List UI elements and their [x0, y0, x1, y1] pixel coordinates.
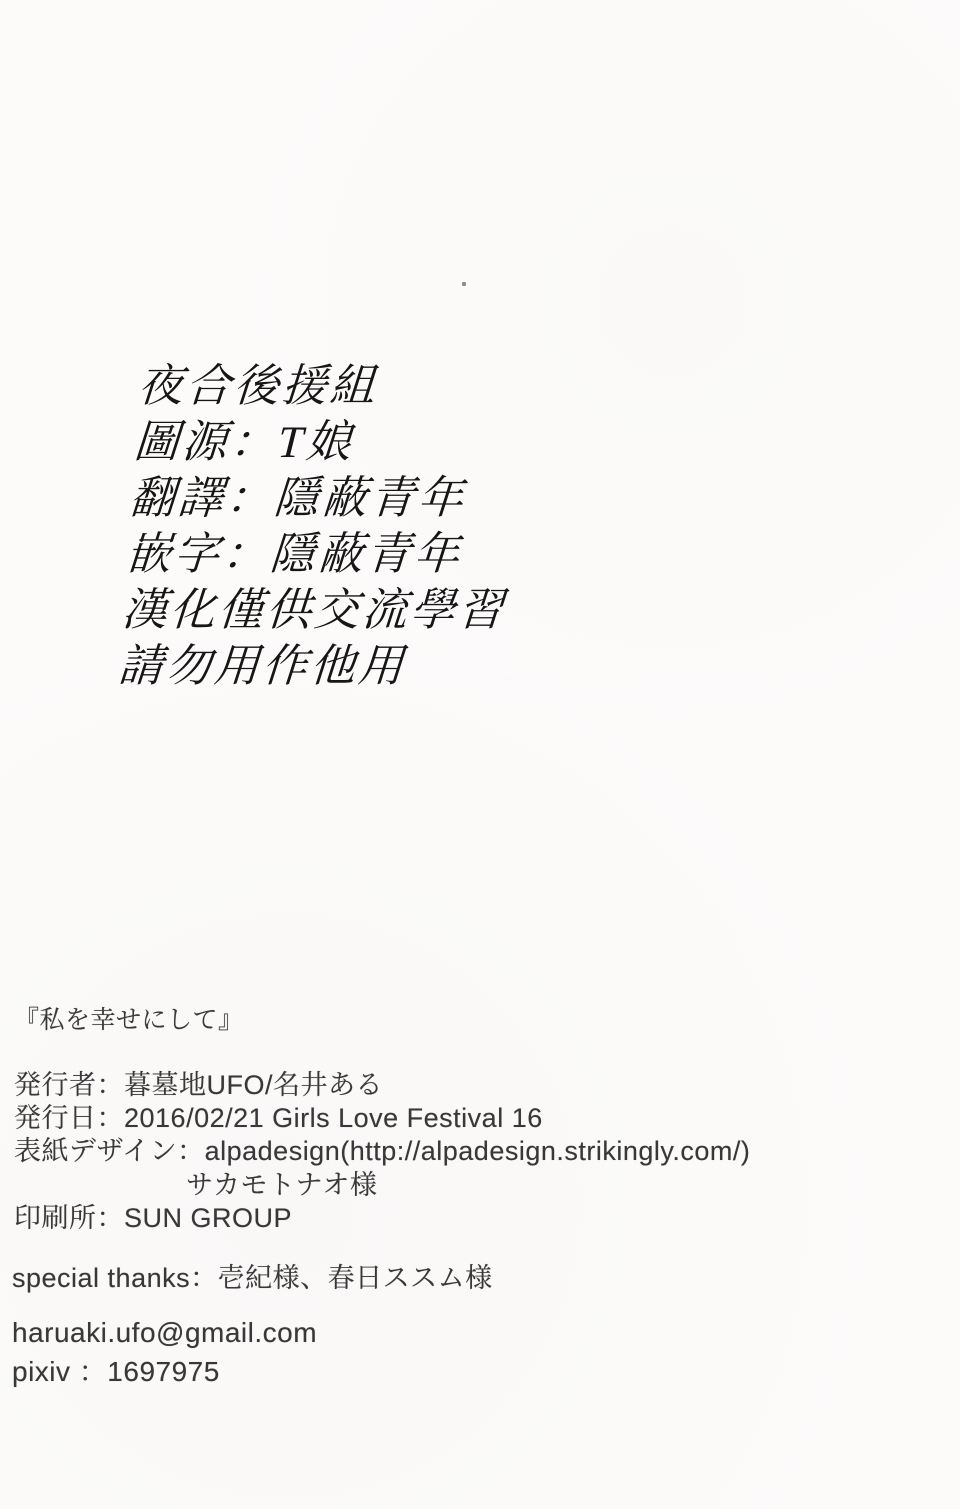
printer-line: 印刷所：SUN GROUP — [14, 1196, 292, 1235]
colophon-block: 『私を幸せにして』 発行者：暮墓地UFO/名井ある 発行日：2016/02/21… — [0, 0, 960, 1509]
pixiv-id-line: pixiv ：1697975 — [12, 1350, 220, 1390]
cover-design-line: 表紙デザイン：alpadesign(http://alpadesign.stri… — [14, 1129, 750, 1168]
book-title: 『私を幸せにして』 — [14, 1000, 244, 1036]
contact-email: haruaki.ufo@gmail.com — [12, 1317, 317, 1349]
special-thanks-line: special thanks：壱紀様、春日ススム様 — [12, 1256, 493, 1295]
